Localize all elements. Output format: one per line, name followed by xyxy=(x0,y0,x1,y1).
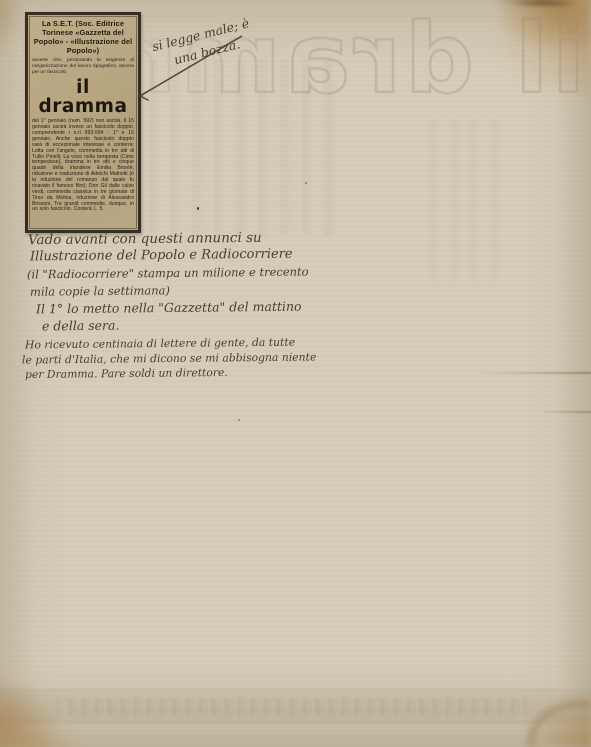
handwritten-line: Il 1° lo metto nella "Gazzetta" del matt… xyxy=(36,299,302,317)
handwritten-line: per Dramma. Pare soldi un direttore. xyxy=(25,366,228,381)
clipping-headline: il dramma xyxy=(32,78,134,117)
newspaper-clipping: La S.E.T. (Soc. Editrice Torinese «Gazze… xyxy=(25,12,141,233)
ghost-text-columns-right xyxy=(430,120,500,280)
ink-speck xyxy=(238,419,240,421)
scanned-letter-page: il dramma La S.E.T. (Soc. Editrice Torin… xyxy=(0,0,591,747)
annotation-arrow-icon xyxy=(126,30,246,110)
handwritten-line: Illustrazione del Popolo e Radiocorriere xyxy=(30,247,293,265)
ink-speck xyxy=(305,182,307,184)
handwritten-line: le parti d'Italia, che mi dicono se mi a… xyxy=(22,350,316,366)
clipping-header: La S.E.T. (Soc. Editrice Torinese «Gazze… xyxy=(32,19,134,55)
clipping-body: del 1° gennaio (num. 592) non uscirà. Il… xyxy=(32,119,134,213)
fold-crease-right-lower xyxy=(538,411,591,413)
fold-crease-right-upper xyxy=(478,372,591,374)
handwritten-line: Ho ricevuto centinaia di lettere di gent… xyxy=(25,336,295,352)
handwritten-line: e della sera. xyxy=(42,318,120,334)
handwritten-line: mila copie la settimana) xyxy=(30,283,170,298)
ink-speck xyxy=(197,207,199,210)
handwritten-line: Vado avanti con questi annunci su xyxy=(28,230,262,248)
handwritten-line: (il "Radiocorriere" stampa un milione e … xyxy=(27,265,309,282)
ghost-bottom-text-band xyxy=(30,698,560,716)
clipping-intro: avverte che, perdurando le esigenze di r… xyxy=(32,58,134,76)
